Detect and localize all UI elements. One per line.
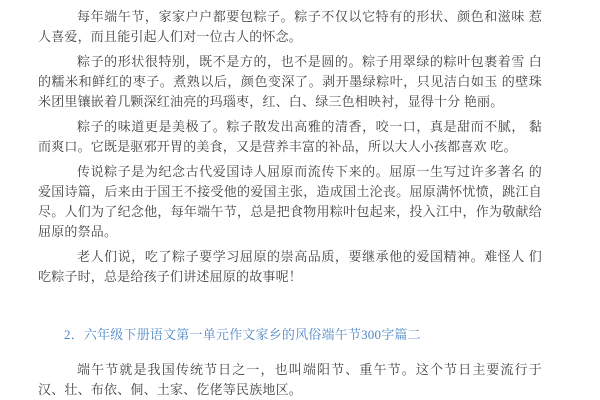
- paragraph-zongzi-intro: 每年端午节，家家户户都要包粽子。粽子不仅以它特有的形状、颜色和滋味 惹人喜爱，而…: [38, 7, 542, 47]
- paragraph-zongzi-shape: 粽子的形状很特别，既不是方的，也不是圆的。粽子用翠绿的粽叶包裹着雪 白的糯米和鲜…: [38, 52, 542, 112]
- paragraph-elders-saying: 老人们说，吃了粽子要学习屈原的崇高品质，要继承他的爱国精神。难怪人 们吃粽子时，…: [38, 247, 542, 287]
- essay-page: 每年端午节，家家户户都要包粽子。粽子不仅以它特有的形状、颜色和滋味 惹人喜爱，而…: [0, 0, 600, 400]
- section-2-heading: 2．六年级下册语文第一单元作文家乡的风俗端午节300字篇二: [38, 325, 542, 345]
- paragraph-zongzi-taste: 粽子的味道更是美极了。粽子散发出高雅的清香，咬一口，真是甜而不腻， 黏而爽口。它…: [38, 117, 542, 157]
- paragraph-quyuan-legend: 传说粽子是为纪念古代爱国诗人屈原而流传下来的。屈原一生写过许多著名 的爱国诗篇，…: [38, 162, 542, 242]
- paragraph-festival-regions: 端午节就是我国传统节日之一，也叫端阳节、重午节。这个节日主要流行于 汉、壮、布依…: [38, 360, 542, 400]
